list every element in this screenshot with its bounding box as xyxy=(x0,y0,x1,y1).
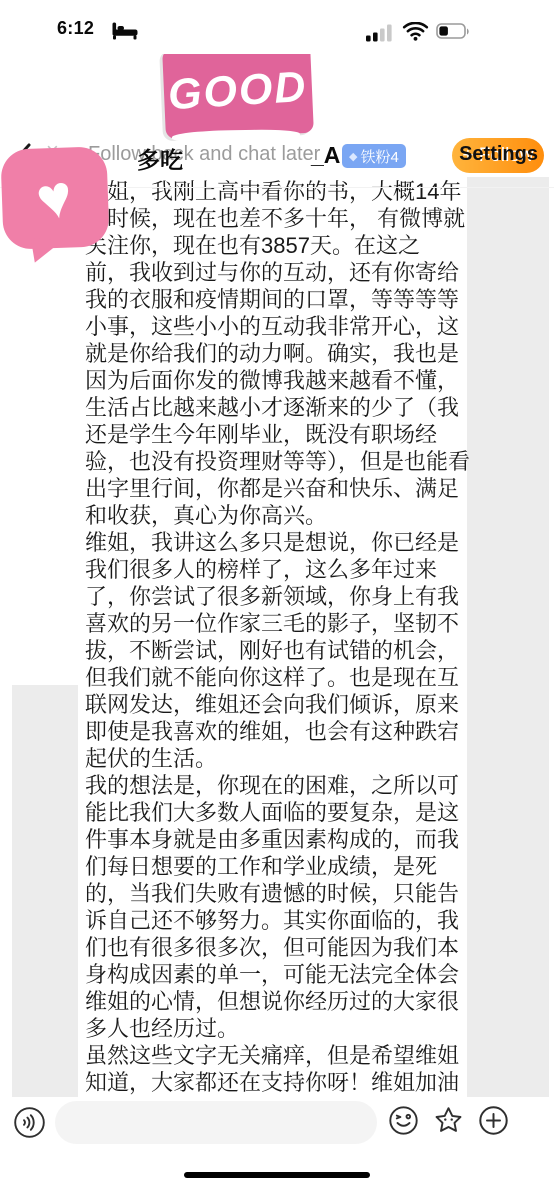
plus-icon[interactable] xyxy=(478,1105,509,1136)
message-line: 我的衣服和疫情期间的口罩，等等等等 xyxy=(85,286,465,313)
message-line: 件事本身就是由多重因素构成的，而我 xyxy=(85,826,465,853)
fan-level-label: 铁粉4 xyxy=(360,146,398,167)
heart-icon: ♥ xyxy=(31,165,78,231)
message-line: 起伏的生活。 xyxy=(85,745,465,772)
battery-icon xyxy=(436,23,472,40)
message-line: 虽然这些文字无关痛痒，但是希望维姐 xyxy=(85,1042,465,1069)
fan-level-badge: ◆ 铁粉4 xyxy=(342,144,406,168)
message-line: 能比我们大多数人面临的要复杂，是这 xyxy=(85,799,465,826)
incoming-message-bubble: 维姐，我刚上高中看你的书，大概14年的时候，现在也差不多十年， 有微博就关注你，… xyxy=(78,177,467,1097)
message-line: 身构成因素的单一，可能无法完全体会 xyxy=(85,961,465,988)
message-line: 们也有很多很多次，但可能因为我们本 xyxy=(85,934,465,961)
message-line: 诉自己还不够努力。其实你面临的，我 xyxy=(85,907,465,934)
message-line: 即使是我喜欢的维姐，也会有这种跌宕 xyxy=(85,718,465,745)
emoji-icon[interactable] xyxy=(388,1105,419,1136)
weibo-dm-screen: 6:12 xyxy=(0,0,554,1200)
status-bar: 6:12 xyxy=(0,0,554,54)
message-line: 我的想法是，你现在的困难，之所以可 xyxy=(85,772,465,799)
wifi-icon xyxy=(402,22,429,42)
message-line: 还是学生今年刚毕业，既没有职场经 xyxy=(85,421,465,448)
heart-speech-bubble-sticker: ♥ xyxy=(0,146,109,250)
message-line: 维姐，我讲这么多只是想说，你已经是 xyxy=(85,529,465,556)
message-line: 出字里行间，你都是兴奋和快乐、满足 xyxy=(85,475,465,502)
diamond-icon: ◆ xyxy=(349,150,357,163)
cellular-signal-icon xyxy=(366,23,394,42)
message-text: 维姐，我刚上高中看你的书，大概14年的时候，现在也差不多十年， 有微博就关注你，… xyxy=(85,178,465,1096)
message-line: 拔，不断尝试，刚好也有试错的机会， xyxy=(85,637,465,664)
settings-button[interactable]: Settings xyxy=(459,143,538,166)
message-line: 知道，大家都还在支持你呀！维姐加油 xyxy=(85,1069,465,1096)
message-input[interactable] xyxy=(55,1101,377,1144)
chat-title-left: 多吃 xyxy=(137,142,183,175)
message-line: 的，当我们失败有遗憾的时候，只能告 xyxy=(85,880,465,907)
message-line: 生活占比越来越小才逐渐来的少了（我 xyxy=(85,394,465,421)
chat-background-left xyxy=(12,685,78,1097)
good-sticker: GOOD xyxy=(162,43,314,139)
chat-title-right: _A xyxy=(311,142,340,169)
good-sticker-text: GOOD xyxy=(167,62,309,119)
message-line: 和收获，真心为你高兴。 xyxy=(85,502,465,529)
message-line: 维姐，我刚上高中看你的书，大概14年 xyxy=(85,178,465,205)
message-line: 的时候，现在也差不多十年， 有微博就 xyxy=(85,205,465,232)
message-line: 喜欢的另一位作家三毛的影子，坚韧不 xyxy=(85,610,465,637)
message-line: 验，也没有投资理财等等），但是也能看 xyxy=(85,448,465,475)
message-line: 因为后面你发的微博我越来越看不懂， xyxy=(85,367,465,394)
message-line: 们每日想要的工作和学业成绩，是死 xyxy=(85,853,465,880)
message-line: 了，你尝试了很多新领域，你身上有我 xyxy=(85,583,465,610)
chat-area[interactable]: 维姐，我刚上高中看你的书，大概14年的时候，现在也差不多十年， 有微博就关注你，… xyxy=(0,177,554,1097)
message-line: 小事，这些小小的互动我非常开心，这 xyxy=(85,313,465,340)
home-indicator[interactable] xyxy=(184,1172,370,1178)
message-line: 就是你给我们的动力啊。确实，我也是 xyxy=(85,340,465,367)
message-line: 但我们就不能向你这样了。也是现在互 xyxy=(85,664,465,691)
message-line: 我们很多人的榜样了，这么多年过来 xyxy=(85,556,465,583)
message-line: 关注你，现在也有3857天。在这之 xyxy=(85,232,465,259)
message-line: 前，我收到过与你的互动，还有你寄给 xyxy=(85,259,465,286)
voice-message-icon[interactable] xyxy=(13,1106,46,1139)
star-icon[interactable] xyxy=(433,1105,464,1136)
status-time: 6:12 xyxy=(57,18,94,39)
bed-icon xyxy=(112,22,139,40)
follow-banner-text: Follow back and chat later xyxy=(88,143,320,166)
message-line: 维姐的心情，但想说你经历过的大家很 xyxy=(85,988,465,1015)
message-line: 联网发达，维姐还会向我们倾诉，原来 xyxy=(85,691,465,718)
message-line: 多人也经历过。 xyxy=(85,1015,465,1042)
chat-background-right xyxy=(467,177,549,1097)
composer-bar xyxy=(0,1097,554,1200)
